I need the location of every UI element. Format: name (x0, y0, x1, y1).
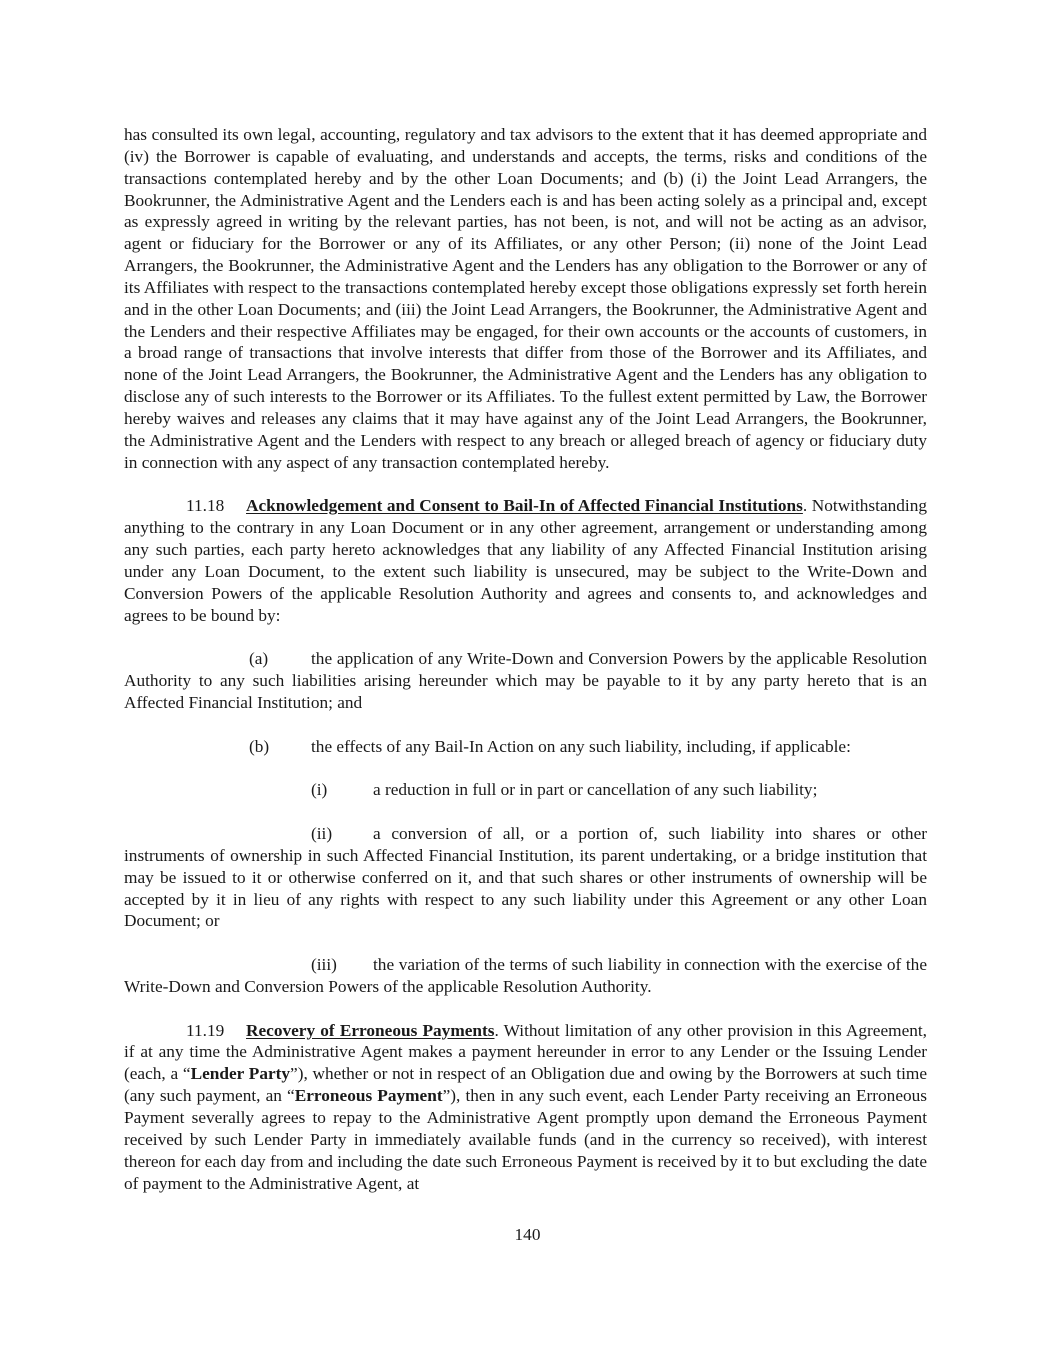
clause-i-label: (i) (311, 779, 373, 801)
clause-b-text: the effects of any Bail-In Action on any… (311, 737, 851, 756)
continuation-paragraph: has consulted its own legal, accounting,… (124, 124, 927, 474)
section-number: 11.18 (124, 495, 246, 517)
defined-term-lender-party: Lender Party (191, 1064, 290, 1083)
heading-punctuation: . (803, 496, 807, 515)
clause-b-label: (b) (249, 736, 311, 758)
document-page: has consulted its own legal, accounting,… (124, 124, 927, 1216)
section-11-19-body: 11.19Recovery of Erroneous Payments. Wit… (124, 1020, 927, 1195)
section-11-18: 11.18Acknowledgement and Consent to Bail… (124, 495, 927, 997)
clause-iii-label: (iii) (124, 954, 373, 976)
clause-i-text: a reduction in full or in part or cancel… (373, 780, 817, 799)
section-11-19: 11.19Recovery of Erroneous Payments. Wit… (124, 1020, 927, 1195)
clause-a: (a)the application of any Write-Down and… (124, 648, 927, 714)
clause-i: (i)a reduction in full or in part or can… (311, 779, 927, 801)
clause-b: (b)the effects of any Bail-In Action on … (249, 736, 927, 758)
clause-ii-label: (ii) (124, 823, 373, 845)
section-heading: Acknowledgement and Consent to Bail-In o… (246, 496, 803, 515)
section-11-18-intro: 11.18Acknowledgement and Consent to Bail… (124, 495, 927, 626)
section-number: 11.19 (124, 1020, 246, 1042)
clause-ii: (ii)a conversion of all, or a portion of… (124, 823, 927, 932)
page-number: 140 (0, 1224, 1055, 1246)
section-heading: Recovery of Erroneous Payments (246, 1021, 494, 1040)
defined-term-erroneous-payment: Erroneous Payment (295, 1086, 443, 1105)
clause-iii: (iii)the variation of the terms of such … (124, 954, 927, 998)
clause-a-label: (a) (124, 648, 311, 670)
